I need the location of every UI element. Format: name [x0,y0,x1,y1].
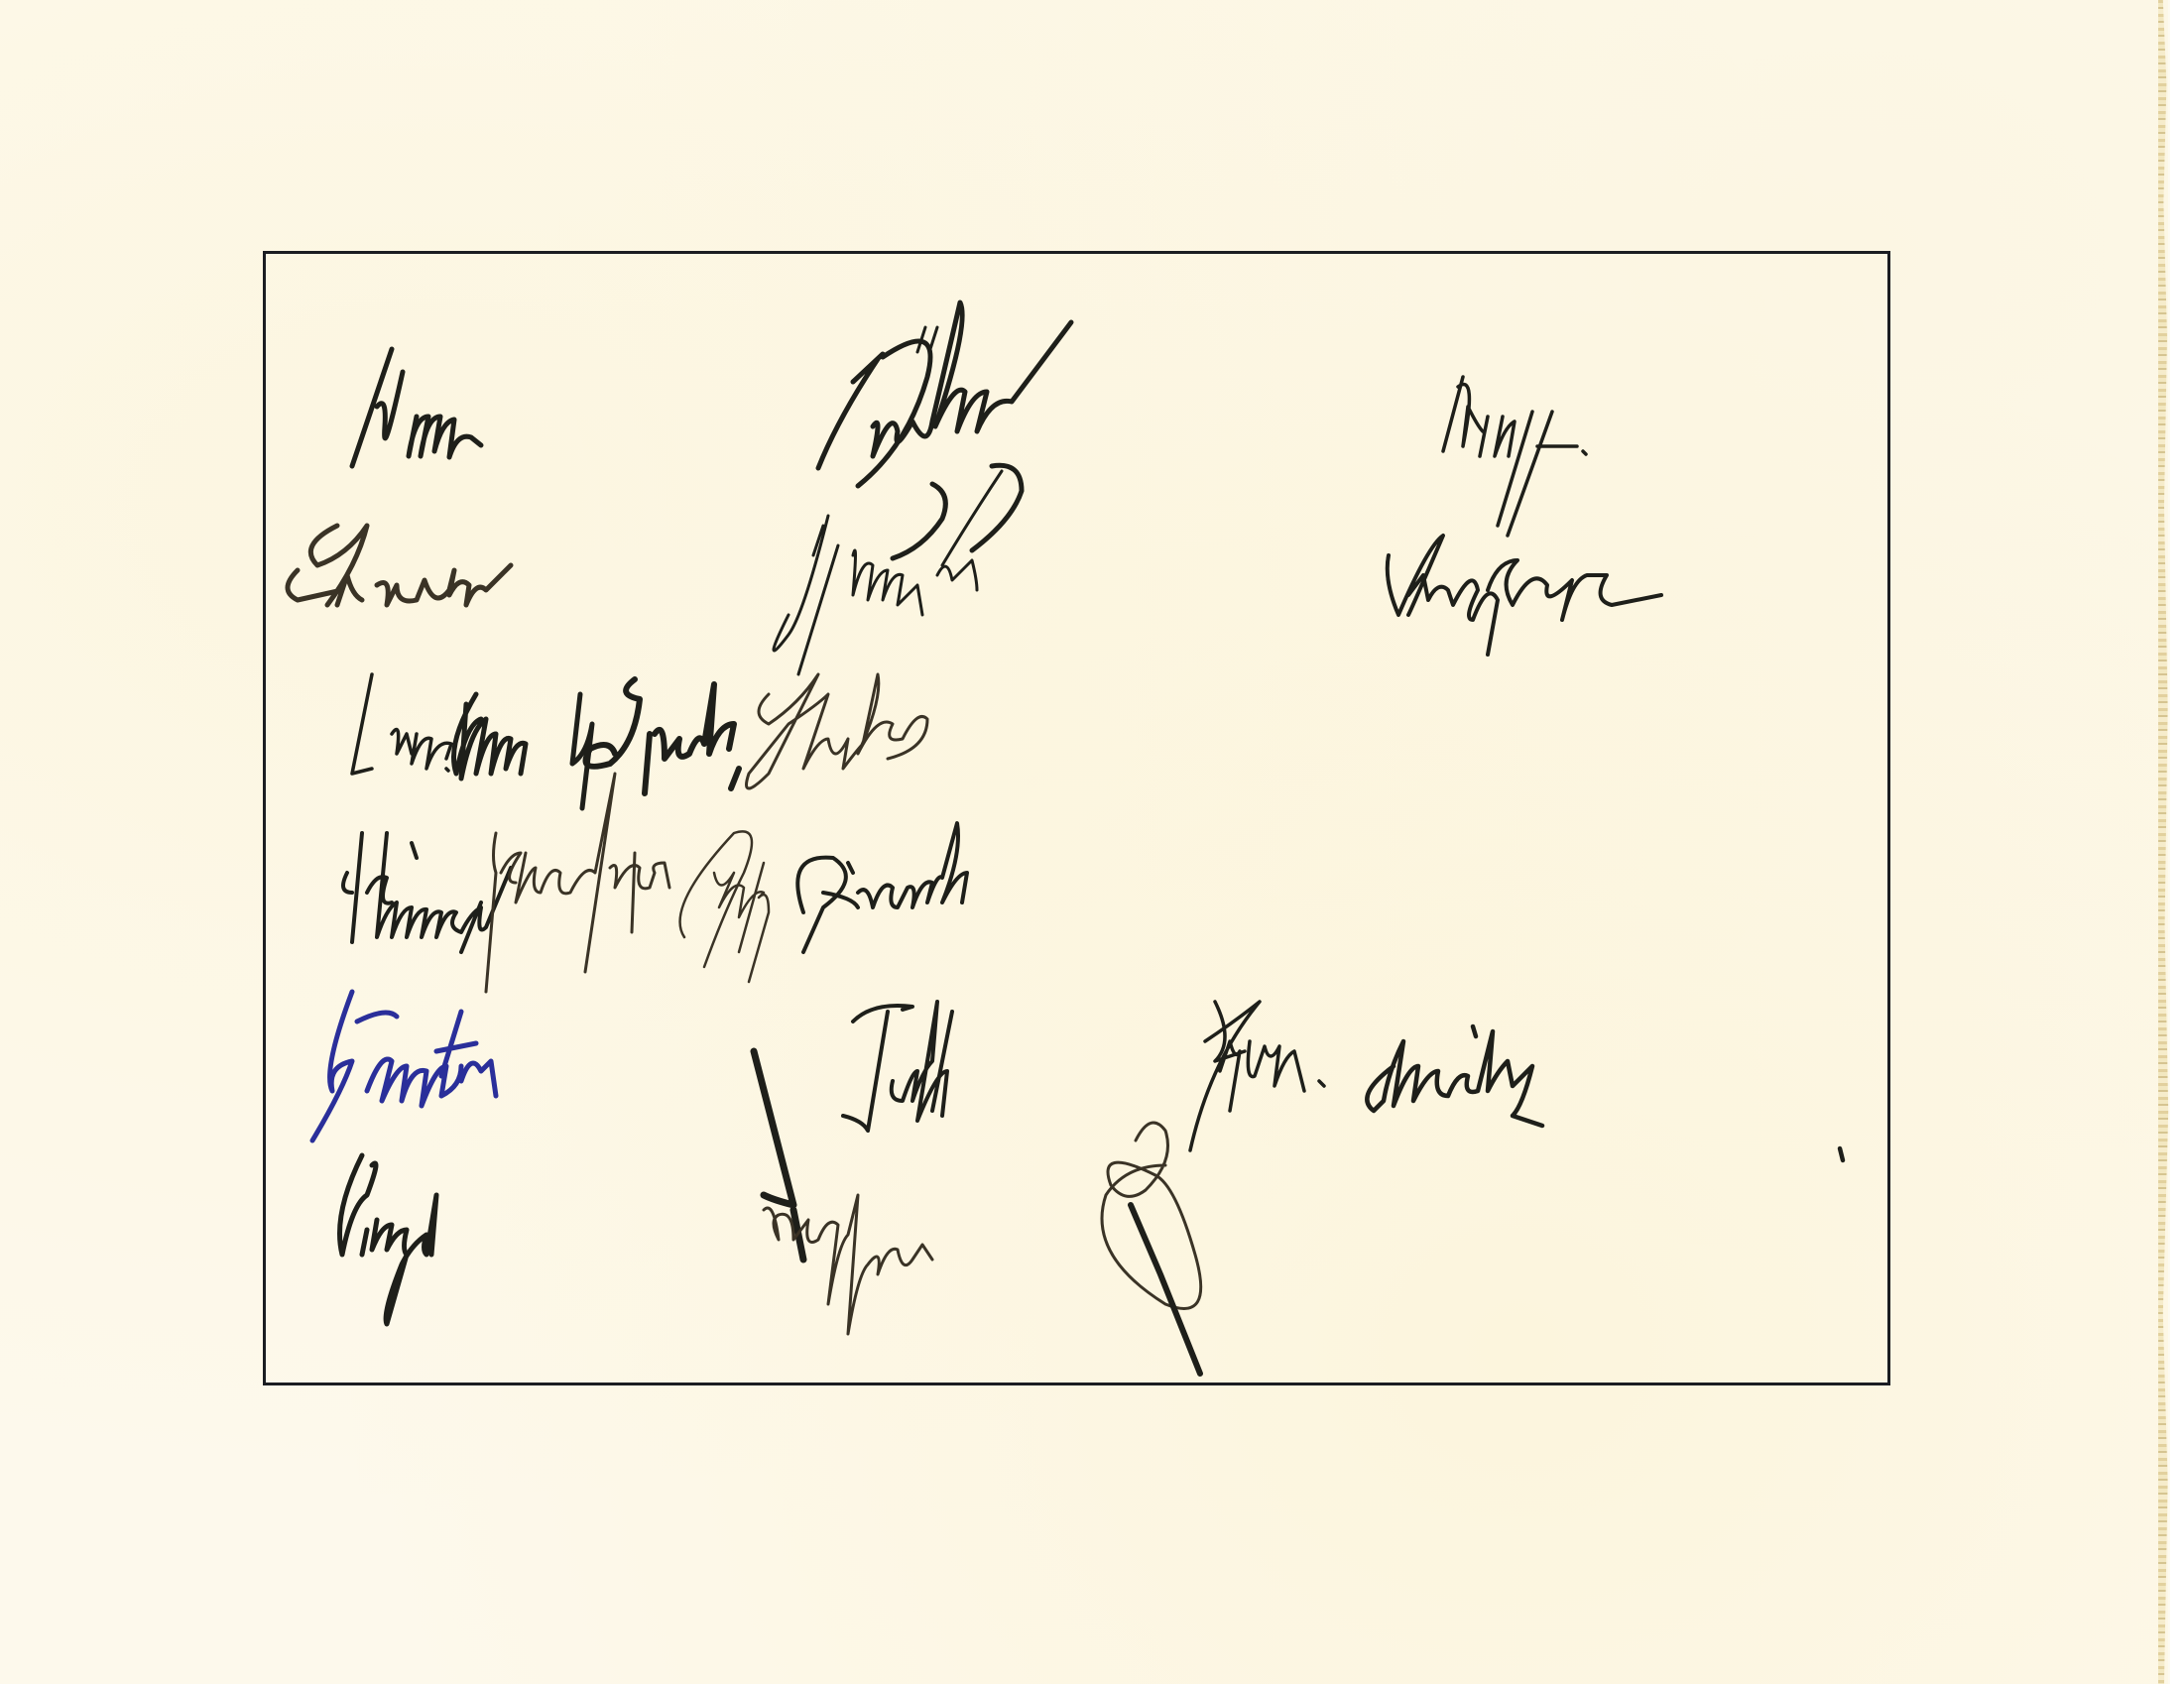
sig-stroke-schmidt [454,694,593,808]
sig-stroke-spaeth [586,679,740,793]
sig-stroke-barg [680,831,769,982]
sig-stroke-roemisch [797,823,967,952]
sig-stroke-schuerer [343,833,511,952]
sig-stroke-pingel [340,1155,437,1324]
sig-stroke-dieskau [764,1123,1201,1334]
signatures-drawing [0,0,2184,1684]
sig-stroke-schwerin [774,471,1002,674]
sig-stroke-lau [352,674,451,774]
sig-stroke-hube [747,674,928,788]
sig-stroke-ruehnke [818,302,1071,558]
sig-stroke-ministr [1443,377,1586,536]
sig-stroke-sprecklab [1388,536,1661,655]
sig-stroke-eckhard [352,349,481,466]
sig-stroke-long-slash [754,1051,803,1260]
sig-stroke-dieskau-tail [1131,1205,1200,1374]
sig-stroke-fuchs [843,1002,952,1131]
sig-stroke-schaeffer [486,774,669,992]
sig-stroke-stumpf [312,992,496,1141]
sig-stroke-bertram [288,526,511,605]
sig-stroke-kyffhaeuser [1190,1002,1324,1150]
sig-stroke-schroeder [1367,1026,1843,1160]
